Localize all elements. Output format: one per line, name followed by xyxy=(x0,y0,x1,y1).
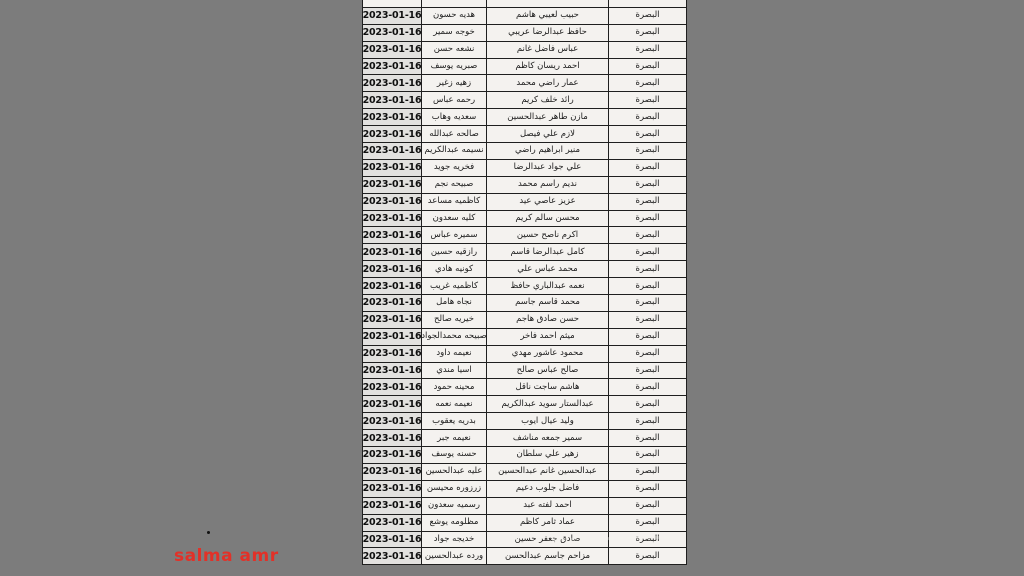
cell-governorate: البصرة xyxy=(609,413,687,430)
page-background: { "colors": { "page_background": "#7c7c7… xyxy=(0,0,1024,576)
table-row: 2023-01-16 صبريه يوسف احمد ريسان كاظم ال… xyxy=(363,59,689,76)
cell-governorate: البصرة xyxy=(609,244,687,261)
cell-date: 2023-01-16 xyxy=(363,363,422,380)
cell-full-name: محسن سالم كريم xyxy=(487,211,609,228)
cell-mother-name: هديه حسون xyxy=(422,8,487,25)
table-row: 2023-01-16 نشعه حسن عباس فاضل غانم البصر… xyxy=(363,42,689,59)
table-row: 2023-01-16 صالحه عبدالله لازم علي فيصل ا… xyxy=(363,126,689,143)
cell-full-name: محمد قاسم جاسم xyxy=(487,295,609,312)
table-row: 2023-01-16 هديه حسون حبيب لعيبي هاشم الب… xyxy=(363,8,689,25)
cell-governorate: البصرة xyxy=(609,481,687,498)
cell-mother-name: رسميه سعدون xyxy=(422,498,487,515)
cell-mother-name: سميره عباس xyxy=(422,227,487,244)
cell-date: 2023-01-16 xyxy=(363,59,422,76)
cell-date: 2023-01-16 xyxy=(363,481,422,498)
cell-full-name: نعمه عبدالباري حافظ xyxy=(487,278,609,295)
table-row: 2023-01-16 صبيحه محمدالجواد ميثم احمد فا… xyxy=(363,329,689,346)
table-row: 2023-01-16 بدريه يعقوب وليد عيال ايوب ال… xyxy=(363,413,689,430)
black-dot xyxy=(207,531,210,534)
cell-date: 2023-01-16 xyxy=(363,430,422,447)
cell-mother-name: رحمه عباس xyxy=(422,92,487,109)
cell-governorate: البصرة xyxy=(609,194,687,211)
cell-date: 2023-01-16 xyxy=(363,413,422,430)
cell-date: 2023-01-16 xyxy=(363,329,422,346)
cell-date: 2023-01-16 xyxy=(363,396,422,413)
cell-full-name: زهير علي سلطان xyxy=(487,447,609,464)
cell-governorate: البصرة xyxy=(609,295,687,312)
cell-full-name: حسن صادق هاجم xyxy=(487,312,609,329)
results-table: 2023-01-16 هديه حسون حبيب لعيبي هاشم الب… xyxy=(362,0,689,565)
cell-governorate: البصرة xyxy=(609,126,687,143)
cell-date: 2023-01-16 xyxy=(363,244,422,261)
cell-full-name: محمد عباس علي xyxy=(487,261,609,278)
cell-date: 2023-01-16 xyxy=(363,227,422,244)
cell-mother-name: صبيحه نجم xyxy=(422,177,487,194)
cell-date: 2023-01-16 xyxy=(363,75,422,92)
cell-date: 2023-01-16 xyxy=(363,92,422,109)
table-row: 2023-01-16 نسيمه عبدالكريم منير ابراهيم … xyxy=(363,143,689,160)
cell-governorate: البصرة xyxy=(609,464,687,481)
cell-mother-name: كاظميه غريب xyxy=(422,278,487,295)
cell-mother-name: صالحه عبدالله xyxy=(422,126,487,143)
cell-governorate: البصرة xyxy=(609,109,687,126)
table-row: 2023-01-16 عليه عبدالحسين عبدالحسين غانم… xyxy=(363,464,689,481)
cell-governorate: البصرة xyxy=(609,396,687,413)
cell-date xyxy=(363,0,422,8)
cell-governorate: البصرة xyxy=(609,42,687,59)
table-row: 2023-01-16 محينه حمود هاشم ساجت ناقل الب… xyxy=(363,379,689,396)
cell-date: 2023-01-16 xyxy=(363,532,422,549)
table-row: 2023-01-16 نجاه هامل محمد قاسم جاسم البص… xyxy=(363,295,689,312)
table-row: 2023-01-16 نعيمه جبر سمير جمعه مناشف الب… xyxy=(363,430,689,447)
cell-mother-name xyxy=(422,0,487,8)
table-row: 2023-01-16 حسنه يوسف زهير علي سلطان البص… xyxy=(363,447,689,464)
cell-date: 2023-01-16 xyxy=(363,8,422,25)
cell-full-name: حافظ عبدالرضا عريبي xyxy=(487,25,609,42)
table-row: 2023-01-16 صبيحه نجم نديم راسم محمد البص… xyxy=(363,177,689,194)
table-row: 2023-01-16 زرزوره محيسن فاضل جلوب دعيم ا… xyxy=(363,481,689,498)
cell-full-name: عزيز عاصي عيد xyxy=(487,194,609,211)
cell-governorate: البصرة xyxy=(609,59,687,76)
cell-date: 2023-01-16 xyxy=(363,126,422,143)
cell-governorate: البصرة xyxy=(609,278,687,295)
cell-mother-name: كليه سعدون xyxy=(422,211,487,228)
table-row: 2023-01-16 رسميه سعدون احمد لفته عبد الب… xyxy=(363,498,689,515)
results-table-body: 2023-01-16 هديه حسون حبيب لعيبي هاشم الب… xyxy=(363,8,689,565)
cell-full-name: منير ابراهيم راضي xyxy=(487,143,609,160)
cell-governorate: البصرة xyxy=(609,379,687,396)
cell-mother-name: خوجه سمير xyxy=(422,25,487,42)
cell-date: 2023-01-16 xyxy=(363,109,422,126)
cell-governorate: البصرة xyxy=(609,211,687,228)
cell-full-name: احمد لفته عبد xyxy=(487,498,609,515)
cell-governorate: البصرة xyxy=(609,261,687,278)
cell-governorate: البصرة xyxy=(609,498,687,515)
cell-mother-name: كونيه هادي xyxy=(422,261,487,278)
cell-full-name: احمد ريسان كاظم xyxy=(487,59,609,76)
cell-date: 2023-01-16 xyxy=(363,211,422,228)
channel-watermark-text: salma amr xyxy=(174,546,279,566)
cell-date: 2023-01-16 xyxy=(363,498,422,515)
cell-full-name: فاضل جلوب دعيم xyxy=(487,481,609,498)
cell-date: 2023-01-16 xyxy=(363,515,422,532)
cell-full-name: مزاحم جاسم عبدالحسن xyxy=(487,548,609,565)
cell-mother-name: نعيمه جبر xyxy=(422,430,487,447)
cell-mother-name: صبريه يوسف xyxy=(422,59,487,76)
table-row: 2023-01-16 سعديه وهاب مازن طاهر عبدالحسي… xyxy=(363,109,689,126)
cell-governorate: البصرة xyxy=(609,92,687,109)
cell-governorate: البصرة xyxy=(609,75,687,92)
cell-governorate: البصرة xyxy=(609,227,687,244)
cell-full-name: عباس فاضل غانم xyxy=(487,42,609,59)
table-row: 2023-01-16 سميره عباس اكرم ناصح حسين الب… xyxy=(363,227,689,244)
cell-full-name: عمار راضي محمد xyxy=(487,75,609,92)
cell-mother-name: فخريه جويد xyxy=(422,160,487,177)
cell-mother-name: ورده عبدالحسين xyxy=(422,548,487,565)
cell-full-name: رائد خلف كريم xyxy=(487,92,609,109)
cell-date: 2023-01-16 xyxy=(363,160,422,177)
cell-date: 2023-01-16 xyxy=(363,295,422,312)
cell-governorate: البصرة xyxy=(609,430,687,447)
cell-mother-name: حسنه يوسف xyxy=(422,447,487,464)
cell-date: 2023-01-16 xyxy=(363,261,422,278)
cell-date: 2023-01-16 xyxy=(363,25,422,42)
cell-date: 2023-01-16 xyxy=(363,548,422,565)
cell-mother-name: كاظميه مساعد xyxy=(422,194,487,211)
table-row: 2023-01-16 كاظميه مساعد عزيز عاصي عيد ال… xyxy=(363,194,689,211)
cell-governorate: البصرة xyxy=(609,346,687,363)
cell-governorate: البصرة xyxy=(609,312,687,329)
table-row: 2023-01-16 كليه سعدون محسن سالم كريم الب… xyxy=(363,211,689,228)
cell-governorate: البصرة xyxy=(609,363,687,380)
table-row: 2023-01-16 مظلومه يوشع عماد ثامر كاظم ال… xyxy=(363,515,689,532)
table-row: 2023-01-16 رازقيه حسين كامل عبدالرضا قاس… xyxy=(363,244,689,261)
cell-full-name: لازم علي فيصل xyxy=(487,126,609,143)
table-row: 2023-01-16 فخريه جويد علي جواد عبدالرضا … xyxy=(363,160,689,177)
cell-full-name xyxy=(487,0,609,8)
cell-date: 2023-01-16 xyxy=(363,447,422,464)
cell-full-name: سمير جمعه مناشف xyxy=(487,430,609,447)
table-row: 2023-01-16 اسيا مندي صالح عباس صالح البص… xyxy=(363,363,689,380)
cell-mother-name: بدريه يعقوب xyxy=(422,413,487,430)
cell-date: 2023-01-16 xyxy=(363,312,422,329)
table-row-partial xyxy=(363,0,689,8)
cell-governorate xyxy=(609,0,687,8)
cell-date: 2023-01-16 xyxy=(363,464,422,481)
cell-governorate: البصرة xyxy=(609,515,687,532)
cell-date: 2023-01-16 xyxy=(363,177,422,194)
cell-full-name: عبدالستار سويد عبدالكريم xyxy=(487,396,609,413)
cell-date: 2023-01-16 xyxy=(363,42,422,59)
cell-date: 2023-01-16 xyxy=(363,346,422,363)
cell-mother-name: خديجه جواد xyxy=(422,532,487,549)
cell-mother-name: رازقيه حسين xyxy=(422,244,487,261)
cell-date: 2023-01-16 xyxy=(363,379,422,396)
table-row: 2023-01-16 خيريه صالح حسن صادق هاجم البص… xyxy=(363,312,689,329)
cell-full-name: نديم راسم محمد xyxy=(487,177,609,194)
cell-governorate: البصرة xyxy=(609,329,687,346)
cell-mother-name: نشعه حسن xyxy=(422,42,487,59)
cell-mother-name: نسيمه عبدالكريم xyxy=(422,143,487,160)
cell-full-name: محمود عاشور مهدي xyxy=(487,346,609,363)
cell-mother-name: نعيمه نعمه xyxy=(422,396,487,413)
cell-full-name: صالح عباس صالح xyxy=(487,363,609,380)
cell-governorate: البصرة xyxy=(609,160,687,177)
cell-full-name: مازن طاهر عبدالحسين xyxy=(487,109,609,126)
table-row: 2023-01-16 ورده عبدالحسين مزاحم جاسم عبد… xyxy=(363,548,689,565)
cell-mother-name: سعديه وهاب xyxy=(422,109,487,126)
table-row: 2023-01-16 زهيه زغير عمار راضي محمد البص… xyxy=(363,75,689,92)
cell-mother-name: زهيه زغير xyxy=(422,75,487,92)
cell-governorate: البصرة xyxy=(609,447,687,464)
cell-full-name: هاشم ساجت ناقل xyxy=(487,379,609,396)
cell-mother-name: نعيمه داود xyxy=(422,346,487,363)
cell-mother-name: خيريه صالح xyxy=(422,312,487,329)
cell-full-name: ميثم احمد فاخر xyxy=(487,329,609,346)
table-row: 2023-01-16 نعيمه نعمه عبدالستار سويد عبد… xyxy=(363,396,689,413)
cell-governorate: البصرة xyxy=(609,532,687,549)
cell-mother-name: محينه حمود xyxy=(422,379,487,396)
cell-full-name: حبيب لعيبي هاشم xyxy=(487,8,609,25)
table-row: 2023-01-16 رحمه عباس رائد خلف كريم البصر… xyxy=(363,92,689,109)
table-row: 2023-01-16 كاظميه غريب نعمه عبدالباري حا… xyxy=(363,278,689,295)
cell-governorate: البصرة xyxy=(609,548,687,565)
cell-full-name: وليد عيال ايوب xyxy=(487,413,609,430)
table-row: 2023-01-16 نعيمه داود محمود عاشور مهدي ا… xyxy=(363,346,689,363)
cell-mother-name: صبيحه محمدالجواد xyxy=(422,329,487,346)
cell-full-name: علي جواد عبدالرضا xyxy=(487,160,609,177)
cell-date: 2023-01-16 xyxy=(363,278,422,295)
table-row: 2023-01-16 خديجه جواد صادق جعفر حسين الب… xyxy=(363,532,689,549)
cell-full-name: عماد ثامر كاظم xyxy=(487,515,609,532)
table-row: 2023-01-16 كونيه هادي محمد عباس علي البص… xyxy=(363,261,689,278)
cell-governorate: البصرة xyxy=(609,8,687,25)
cell-full-name: كامل عبدالرضا قاسم xyxy=(487,244,609,261)
cell-full-name: اكرم ناصح حسين xyxy=(487,227,609,244)
cell-governorate: البصرة xyxy=(609,25,687,42)
cell-governorate: البصرة xyxy=(609,177,687,194)
cell-governorate: البصرة xyxy=(609,143,687,160)
cell-mother-name: نجاه هامل xyxy=(422,295,487,312)
cell-mother-name: اسيا مندي xyxy=(422,363,487,380)
cell-date: 2023-01-16 xyxy=(363,194,422,211)
table-row: 2023-01-16 خوجه سمير حافظ عبدالرضا عريبي… xyxy=(363,25,689,42)
cell-mother-name: عليه عبدالحسين xyxy=(422,464,487,481)
cell-mother-name: مظلومه يوشع xyxy=(422,515,487,532)
cell-date: 2023-01-16 xyxy=(363,143,422,160)
cell-full-name: عبدالحسين غانم عبدالحسين xyxy=(487,464,609,481)
cell-mother-name: زرزوره محيسن xyxy=(422,481,487,498)
